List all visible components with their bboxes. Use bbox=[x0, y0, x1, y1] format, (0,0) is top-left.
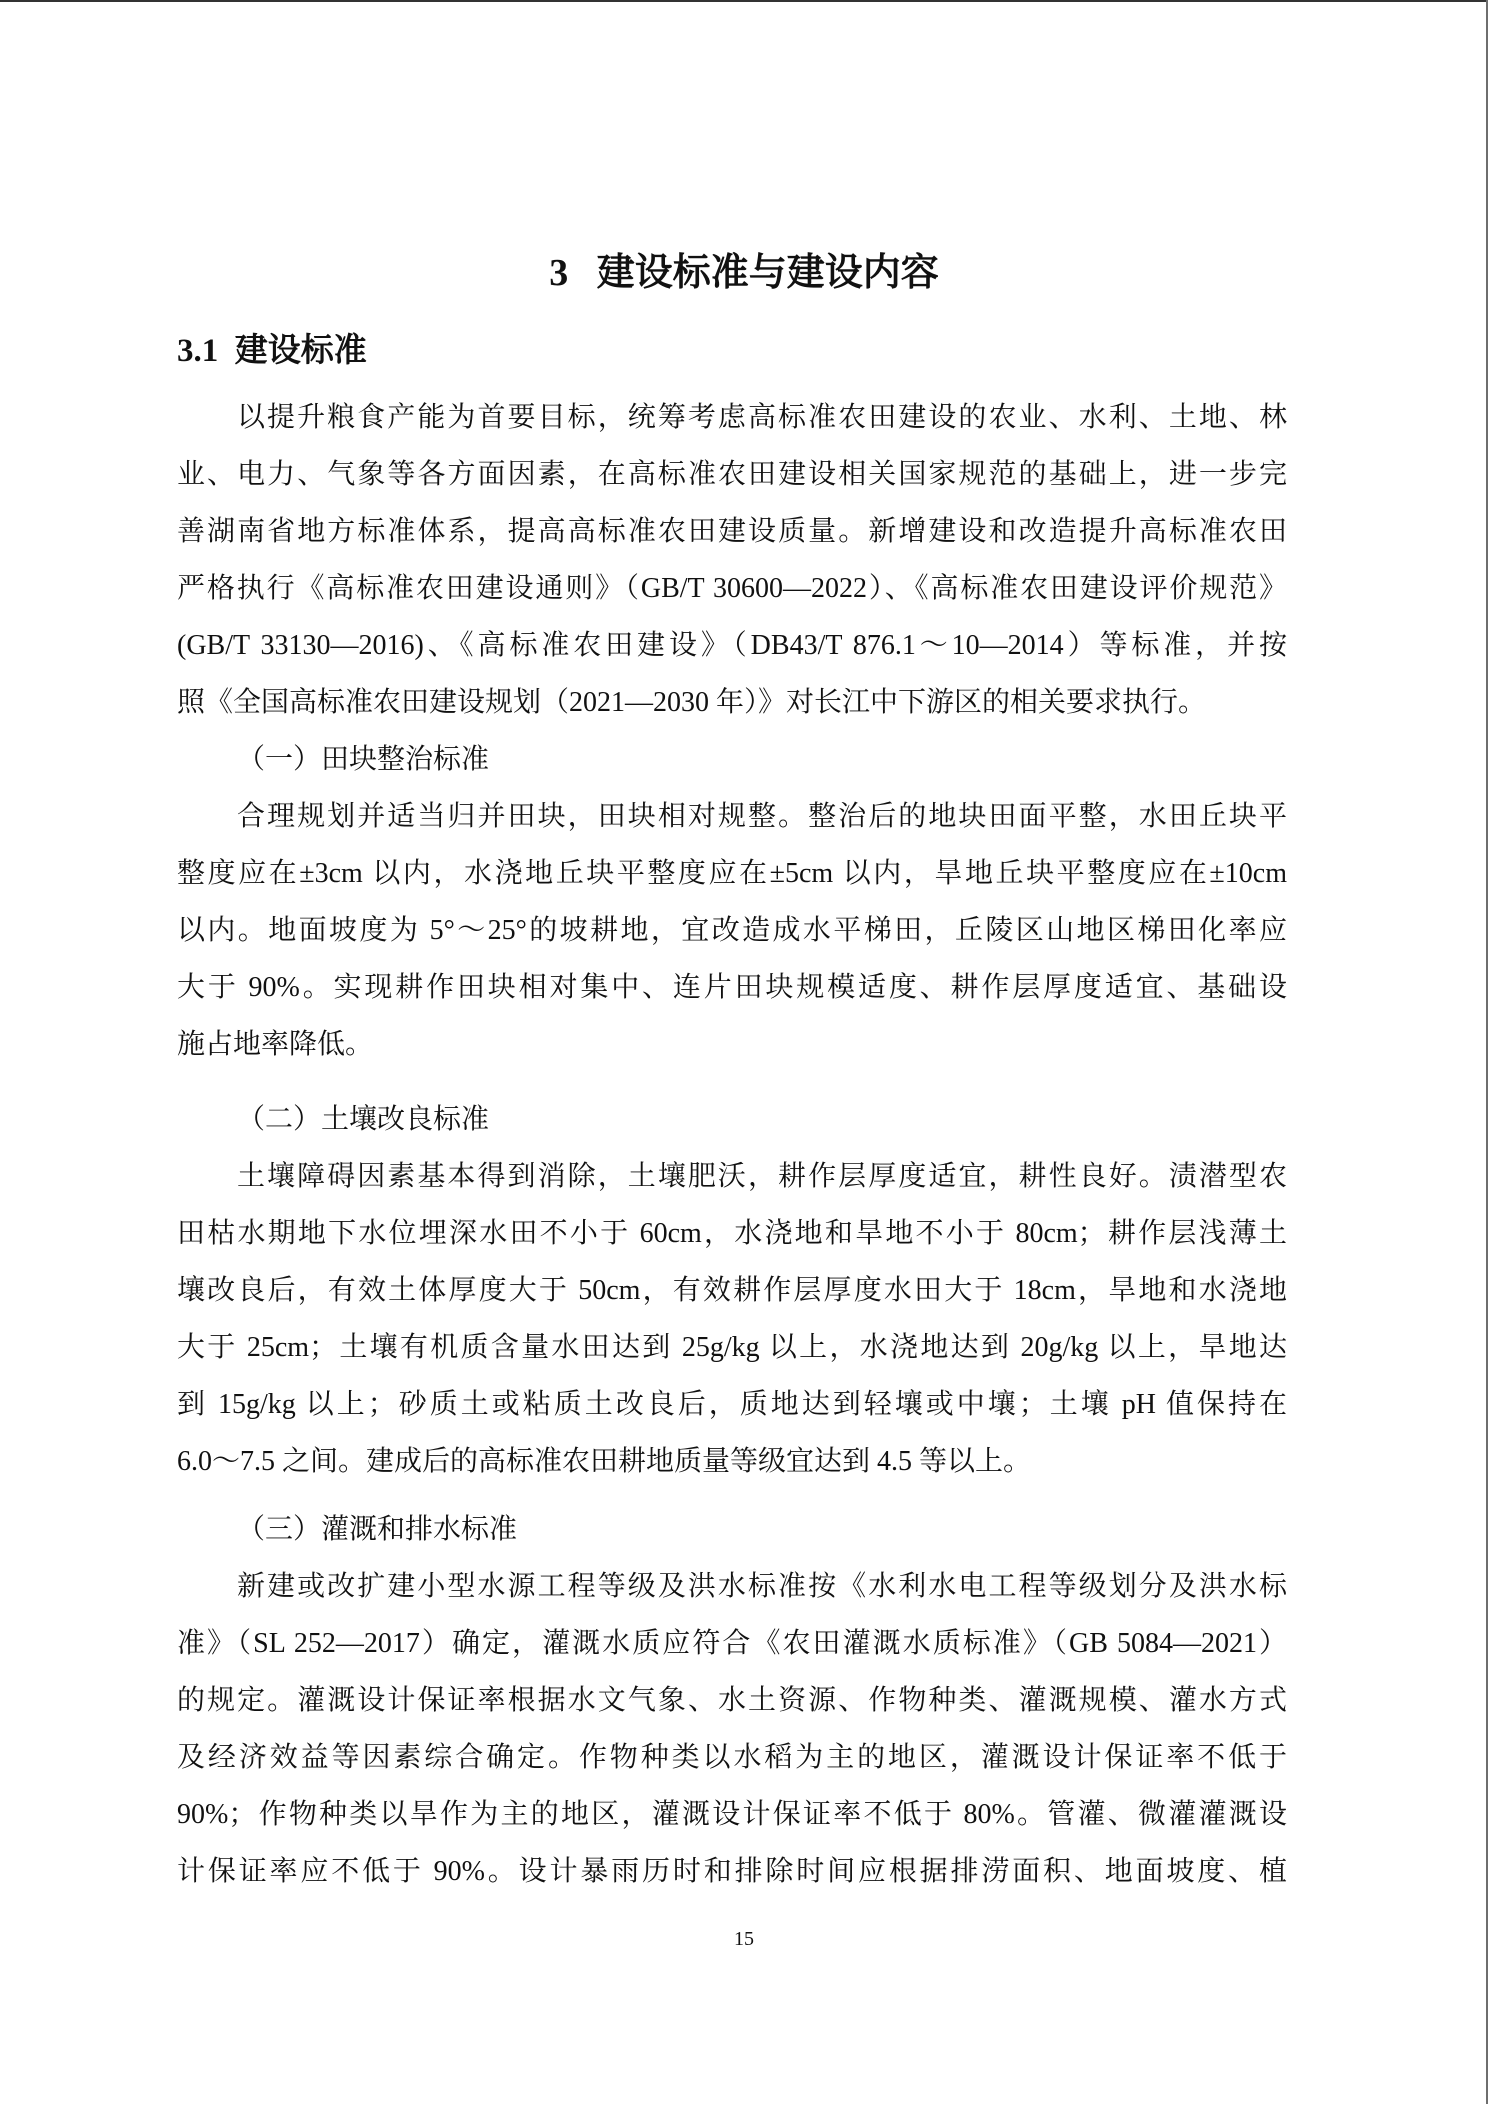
paragraph-line: 整度应在±3cm 以内，水浇地丘块平整度应在±5cm 以内，旱地丘块平整度应在±… bbox=[177, 854, 1287, 894]
paragraph-line: 施占地率降低。 bbox=[177, 1025, 1287, 1065]
paragraph-line: 90%；作物种类以旱作为主的地区，灌溉设计保证率不低于 80%。管灌、微灌灌溉设 bbox=[177, 1795, 1287, 1835]
paragraph-line: 到 15g/kg 以上；砂质土或粘质土改良后，质地达到轻壤或中壤；土壤 pH 值… bbox=[177, 1385, 1287, 1425]
paragraph-line: 以内。地面坡度为 5°～25°的坡耕地，宜改造成水平梯田，丘陵区山地区梯田化率应 bbox=[177, 911, 1287, 951]
top-border-rule bbox=[0, 0, 1488, 2]
paragraph-line: 的规定。灌溉设计保证率根据水文气象、水土资源、作物种类、灌溉规模、灌水方式 bbox=[177, 1681, 1287, 1721]
section-title: 3.1 建设标准 bbox=[177, 328, 367, 374]
paragraph-line: 田枯水期地下水位埋深水田不小于 60cm，水浇地和旱地不小于 80cm；耕作层浅… bbox=[177, 1214, 1287, 1254]
paragraph-line: 照《全国高标准农田建设规划（2021—2030 年）》对长江中下游区的相关要求执… bbox=[177, 683, 1287, 723]
paragraph-line: 新建或改扩建小型水源工程等级及洪水标准按《水利水电工程等级划分及洪水标 bbox=[237, 1567, 1287, 1607]
paragraph-line: 严格执行《高标准农田建设通则》（GB/T 30600—2022）、《高标准农田建… bbox=[177, 569, 1287, 609]
paragraph-line: 6.0～7.5 之间。建成后的高标准农田耕地质量等级宜达到 4.5 等以上。 bbox=[177, 1442, 1287, 1482]
page-number: 15 bbox=[0, 1925, 1488, 1953]
paragraph-line: 及经济效益等因素综合确定。作物种类以水稻为主的地区，灌溉设计保证率不低于 bbox=[177, 1738, 1287, 1778]
subsection-heading-irrigation-drainage: （三）灌溉和排水标准 bbox=[237, 1510, 517, 1550]
paragraph-line: 土壤障碍因素基本得到消除，土壤肥沃，耕作层厚度适宜，耕性良好。渍潜型农 bbox=[237, 1157, 1287, 1197]
paragraph-line: 计保证率应不低于 90%。设计暴雨历时和排除时间应根据排涝面积、地面坡度、植 bbox=[177, 1852, 1287, 1892]
paragraph-line: 以提升粮食产能为首要目标，统筹考虑高标准农田建设的农业、水利、土地、林 bbox=[237, 398, 1287, 438]
paragraph-line: 壤改良后，有效土体厚度大于 50cm，有效耕作层厚度水田大于 18cm，旱地和水… bbox=[177, 1271, 1287, 1311]
paragraph-line: (GB/T 33130—2016)、《高标准农田建设》（DB43/T 876.1… bbox=[177, 626, 1287, 666]
paragraph-line: 大于 90%。实现耕作田块相对集中、连片田块规模适度、耕作层厚度适宜、基础设 bbox=[177, 968, 1287, 1008]
chapter-title: 3 建设标准与建设内容 bbox=[0, 248, 1488, 298]
subsection-heading-soil-improvement: （二）土壤改良标准 bbox=[237, 1100, 489, 1140]
paragraph-line: 善湖南省地方标准体系，提高高标准农田建设质量。新增建设和改造提升高标准农田 bbox=[177, 512, 1287, 552]
paragraph-line: 准》（SL 252—2017）确定，灌溉水质应符合《农田灌溉水质标准》（GB 5… bbox=[177, 1624, 1287, 1664]
paragraph-line: 业、电力、气象等各方面因素，在高标准农田建设相关国家规范的基础上，进一步完 bbox=[177, 455, 1287, 495]
subsection-heading-field-consolidation: （一）田块整治标准 bbox=[237, 740, 489, 780]
paragraph-line: 合理规划并适当归并田块，田块相对规整。整治后的地块田面平整，水田丘块平 bbox=[237, 797, 1287, 837]
paragraph-line: 大于 25cm；土壤有机质含量水田达到 25g/kg 以上，水浇地达到 20g/… bbox=[177, 1328, 1287, 1368]
